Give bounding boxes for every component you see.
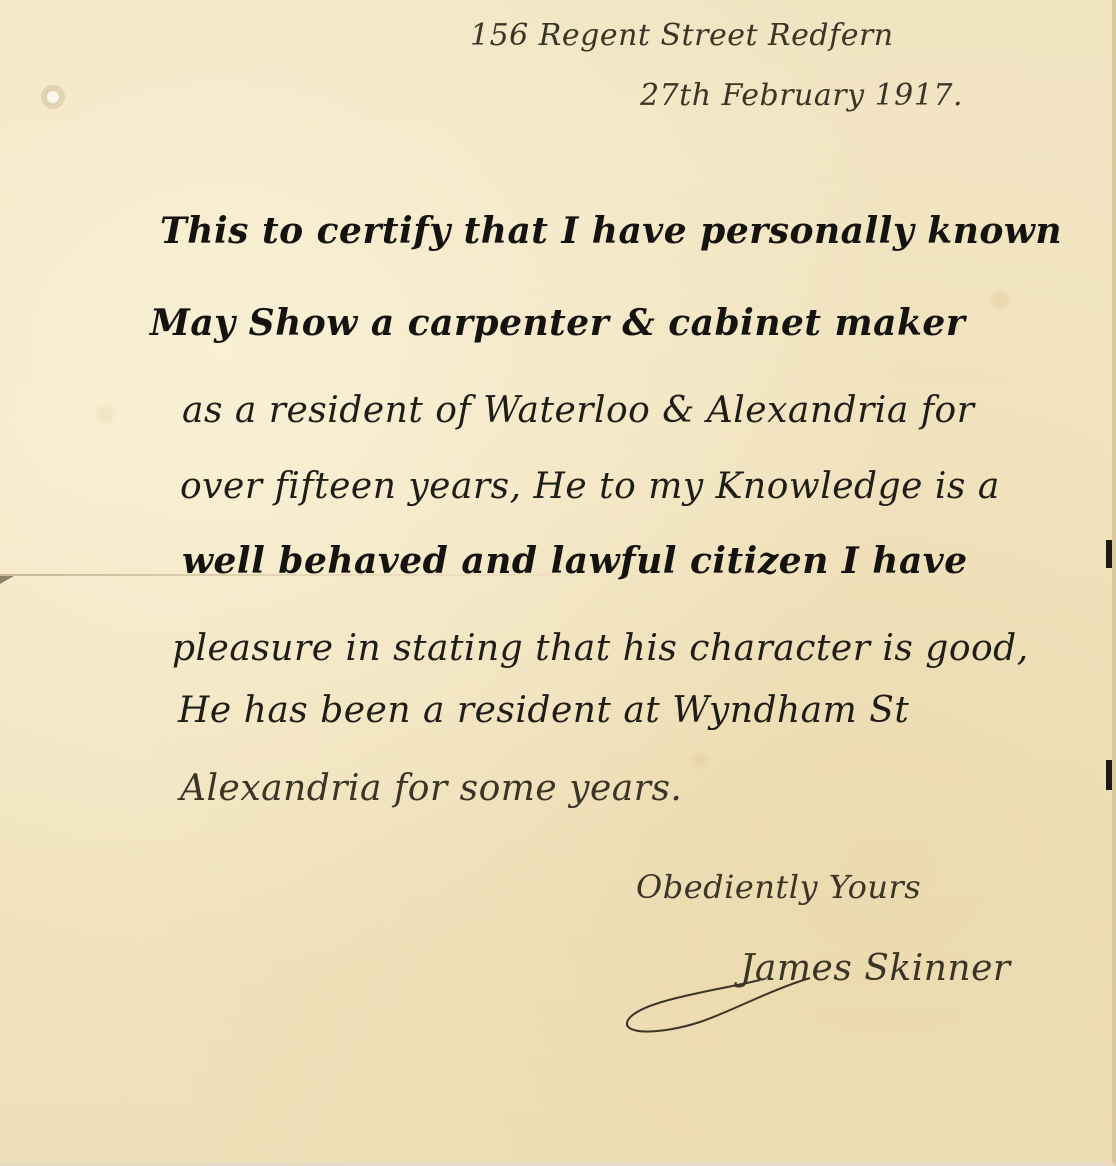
body-line: over fifteen years, He to my Knowledge i… <box>180 466 1000 507</box>
edge-binding-mark <box>1106 760 1112 790</box>
body-line: This to certify that I have personally k… <box>160 210 1062 252</box>
body-line: as a resident of Waterloo & Alexandria f… <box>182 390 974 431</box>
body-line: pleasure in stating that his character i… <box>172 628 1029 669</box>
signature-flourish <box>620 960 820 1040</box>
body-line: well behaved and lawful citizen I have <box>182 540 968 582</box>
punch-hole-mark <box>44 88 62 106</box>
body-line: He has been a resident at Wyndham St <box>178 690 909 731</box>
edge-binding-mark <box>1106 540 1112 568</box>
body-line: Alexandria for some years. <box>180 768 682 809</box>
letter-page: 156 Regent Street Redfern 27th February … <box>0 0 1116 1166</box>
paper-tear <box>0 576 14 584</box>
letter-date: 27th February 1917. <box>640 78 963 113</box>
sender-address: 156 Regent Street Redfern <box>470 18 894 53</box>
closing-salutation: Obediently Yours <box>636 868 921 906</box>
body-line: May Show a carpenter & cabinet maker <box>150 302 965 344</box>
